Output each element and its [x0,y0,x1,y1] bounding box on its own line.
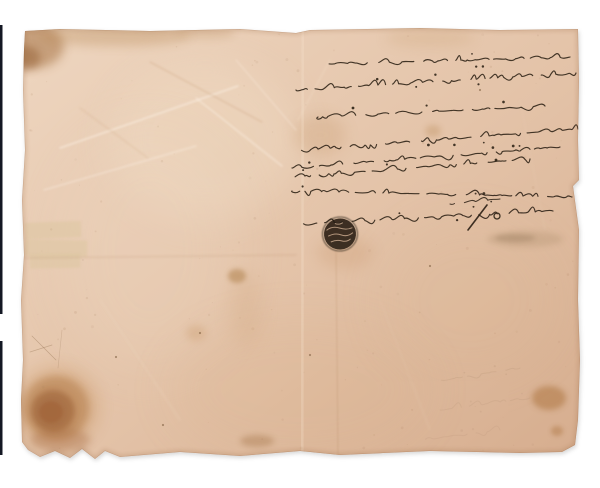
ink-dot [386,163,388,165]
grain-speck [121,98,122,99]
grain-speck [273,352,275,354]
grain-speck [29,129,31,131]
ink-dot [302,169,304,171]
grain-speck [536,83,537,84]
stain [40,26,190,46]
grain-speck [481,33,484,36]
tape-residue [30,254,80,269]
grain-speck [189,318,190,319]
scanner-edge-artifact-group [0,25,3,455]
ink-dot [464,372,466,374]
grain-speck [86,297,88,299]
grain-speck [31,93,33,95]
ink-dot [456,219,458,221]
ink-dot [398,212,400,214]
stain [425,125,441,137]
grain-speck [297,69,300,72]
grain-speck [79,185,80,186]
grain-speck [529,309,532,312]
grain-speck [493,51,495,53]
grain-speck [475,406,476,407]
period-dot [495,159,498,162]
grain-speck [532,186,535,189]
grain-speck [316,339,317,340]
ink-dot [470,401,472,403]
ink-dot [376,78,379,81]
grain-speck [496,260,497,261]
grain-speck [561,140,562,141]
grain-speck [548,43,550,45]
grain-speck [206,369,207,370]
grain-speck [490,66,492,68]
grain-speck [233,250,234,251]
ink-dot [483,192,486,195]
ink-dot [502,101,505,104]
grain-speck [281,390,283,392]
grain-speck [516,331,518,333]
ink-speck [199,332,201,334]
ink-dot [483,142,485,144]
stain [532,386,566,410]
ink-dot [475,193,477,195]
grain-speck [208,314,210,316]
scanned-document-photo [0,0,600,488]
grain-speck [59,448,61,450]
grain-speck [261,438,263,440]
grain-speck [364,320,366,322]
grain-speck [281,418,283,420]
tape-residue-group [25,221,87,268]
ink-speck [162,424,164,426]
grain-speck [303,372,305,374]
grain-speck [63,327,66,330]
grain-speck [305,104,306,105]
grain-speck [117,384,119,386]
grain-speck [253,217,256,220]
ink-dot [492,146,495,149]
grain-speck [333,49,335,51]
ink-dot [302,185,304,187]
ink-dot [460,429,463,432]
ink-dot [477,83,479,85]
ink-dot [473,206,475,208]
grain-speck [100,200,102,202]
stain [60,130,240,370]
grain-speck [95,230,97,232]
grain-speck [94,314,96,316]
document-scan-canvas [0,0,600,488]
grain-speck [86,289,87,290]
ink-dot [521,393,523,395]
grain-speck [37,314,38,315]
grain-speck [254,60,256,62]
grain-speck [429,359,430,360]
grain-speck [269,213,270,214]
grain-speck [572,261,573,262]
grain-speck [61,179,62,180]
grain-speck [537,34,539,36]
grain-speck [199,258,200,259]
grain-speck [411,409,413,411]
grain-speck [368,249,371,252]
ink-speck [115,356,117,358]
grain-speck [558,341,560,343]
stain [495,234,535,242]
grain-speck [161,160,163,162]
stain [170,320,430,460]
ink-dot [472,428,474,430]
stain [175,27,235,39]
grain-speck [176,46,177,47]
tape-residue [25,221,82,239]
grain-speck [567,273,570,276]
grain-speck [419,311,421,313]
grain-speck [174,153,175,154]
ink-dot [434,73,436,75]
ink-speck [309,354,311,356]
grain-speck [256,61,259,64]
grain-speck [251,327,254,330]
grain-speck [529,134,530,135]
grain-speck [74,158,77,161]
grain-speck [392,232,395,235]
grain-speck [466,247,469,250]
period-dot [352,107,355,110]
ink-dot [512,145,515,148]
grain-speck [401,427,404,430]
grain-speck [357,367,358,368]
grain-speck [491,143,493,145]
ink-dot [427,144,430,147]
ink-dot [415,86,417,88]
stain [186,325,206,341]
grain-speck [539,77,541,79]
ink-dot [482,65,484,67]
grain-speck [91,325,94,328]
grain-speck [381,384,382,385]
ink-dot [490,201,492,203]
grain-speck [428,100,430,102]
grain-speck [220,246,221,247]
grain-speck [293,263,296,266]
ink-dot [494,365,496,367]
grain-speck [239,317,241,319]
grain-speck [494,333,496,335]
grain-speck [258,275,260,277]
grain-speck [468,72,469,73]
grain-speck [549,219,551,221]
scanner-edge-artifact [0,25,3,314]
grain-speck [243,85,245,87]
grain-speck [238,94,239,95]
grain-speck [309,198,310,199]
ink-dot [471,53,473,55]
ink-dot [453,144,456,147]
grain-speck [565,366,566,367]
grain-speck [532,443,534,445]
grain-speck [131,80,132,81]
grain-speck [440,191,442,193]
grain-speck [46,81,47,82]
grain-speck [367,350,369,352]
fold-crease [302,31,303,456]
grain-speck [285,58,288,61]
grain-speck [362,447,365,450]
ink-dot [308,161,310,163]
grain-speck [396,293,399,296]
grain-speck [82,259,84,261]
grain-speck [436,244,437,245]
grain-speck [545,283,548,286]
grain-speck [494,131,495,132]
stain [12,46,40,70]
grain-speck [401,206,402,207]
ink-dot [505,373,507,375]
grain-speck [265,181,266,182]
grain-speck [252,64,254,66]
grain-speck [34,190,35,191]
grain-speck [300,447,303,450]
stain [230,270,262,346]
grain-speck [271,309,272,310]
grain-speck [372,352,374,354]
grain-speck [491,131,493,133]
grain-speck [554,287,556,289]
grain-speck [452,134,453,135]
grain-speck [550,452,553,455]
grain-speck [238,241,240,243]
ink-speck [429,265,431,267]
grain-speck [272,131,274,133]
grain-speck [556,158,557,159]
grain-speck [430,81,431,82]
scanner-edge-artifact [0,341,3,455]
stain [240,435,274,447]
grain-speck [380,286,383,289]
grain-speck [74,311,77,314]
ink-dot [519,145,521,147]
grain-speck [503,417,504,418]
grain-speck [212,302,213,303]
paper-sheet-group [4,24,580,460]
grain-speck [249,177,252,180]
grain-speck [345,379,346,380]
grain-speck [373,434,375,436]
ink-speck [479,89,481,91]
grain-speck [41,250,42,251]
grain-speck [513,444,515,446]
grain-speck [208,422,209,423]
grain-speck [407,35,409,37]
stain [385,29,475,47]
grain-speck [252,152,254,154]
grain-speck [57,339,59,341]
grain-speck [278,34,279,35]
grain-speck [306,285,307,286]
grain-speck [407,444,408,445]
grain-speck [422,142,424,144]
ink-dot [426,105,428,107]
grain-speck [42,385,45,388]
ink-dot [475,65,477,67]
grain-speck [50,228,52,230]
ink-dot [480,411,482,413]
grain-speck [303,292,305,294]
grain-speck [316,168,318,170]
grain-speck [501,70,503,72]
stain [551,426,563,436]
grain-speck [402,233,405,236]
stain [39,401,63,423]
grain-speck [157,126,159,128]
